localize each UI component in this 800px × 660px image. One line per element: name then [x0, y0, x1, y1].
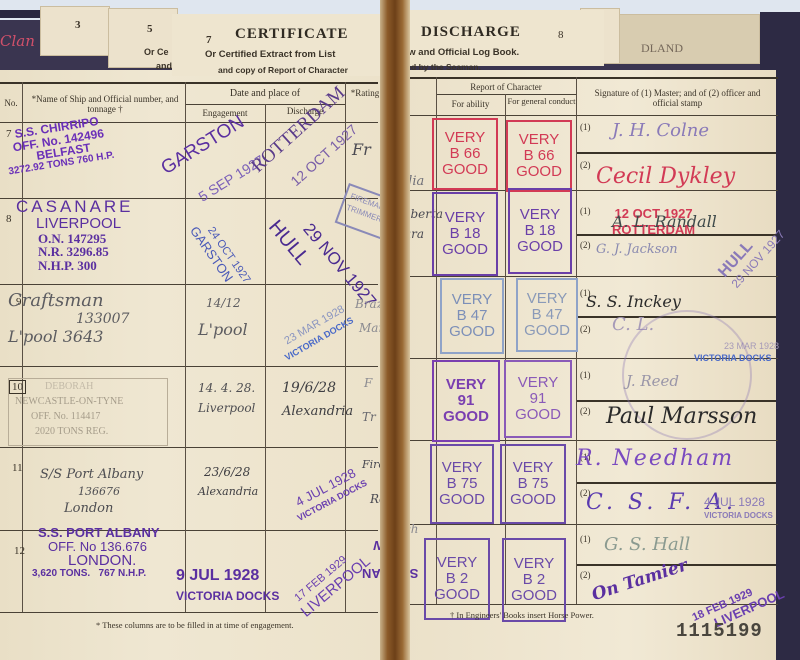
- signature-index: (2): [580, 324, 591, 334]
- footnote-right: † In Engineers' Books insert Horse Power…: [450, 610, 594, 620]
- stamp-very: VERY: [518, 375, 559, 391]
- stamp-good: GOOD: [442, 242, 488, 258]
- ship-handwritten-craftsman: Craftsman 133007 L'pool 3643: [8, 290, 129, 346]
- hand-line: L'pool 3643: [8, 327, 129, 346]
- rating-handwritten: Fr: [352, 140, 371, 159]
- footnote-left: * These columns are to be filled in at t…: [96, 620, 294, 630]
- conduct-stamp-row-7: VERY B 66 GOOD: [506, 120, 572, 192]
- tab-number-8: 8: [558, 29, 564, 41]
- hand-line: Craftsman: [8, 290, 129, 311]
- book-spine-binding: [380, 0, 410, 660]
- stamp-grade: B 75: [447, 476, 478, 492]
- stamp-good: GOOD: [443, 409, 489, 425]
- ability-stamp-row-9: VERY B 47 GOOD: [440, 278, 504, 354]
- stamp-good: GOOD: [442, 162, 488, 178]
- stamp-line: CASANARE: [16, 198, 134, 216]
- ship-stamp-deborah-faded: DEBORAH NEWCASTLE-ON-TYNE OFF. No. 11441…: [8, 378, 168, 446]
- serial-number: 1115199: [676, 620, 763, 642]
- row-divider: [406, 190, 778, 191]
- signature-index: (2): [580, 160, 591, 170]
- tab-number: 5: [147, 23, 153, 35]
- stamp-good: GOOD: [449, 324, 495, 340]
- ability-stamp-row-11: VERY B 75 GOOD: [430, 444, 494, 524]
- col-header-no: No.: [0, 98, 22, 108]
- stamp-line: LONDON.: [32, 553, 160, 569]
- row-number: 12: [14, 545, 25, 557]
- signature-master: A. L. Randall: [612, 212, 717, 231]
- stamp-grade: B 47: [457, 308, 488, 324]
- col-divider: [265, 104, 266, 612]
- stamp-very: VERY: [446, 377, 486, 393]
- behind-tab-text: DLAND: [641, 41, 683, 56]
- stamp-line: DEBORAH: [15, 379, 167, 394]
- hand-line: 14. 4. 28.: [198, 378, 255, 398]
- signature-officer: Cecil Dykley: [596, 164, 735, 189]
- stamp-line: 2020 TONS REG.: [15, 424, 167, 439]
- row-divider: [0, 447, 378, 448]
- stamp-very: VERY: [527, 291, 568, 307]
- signature-master: J. Reed: [626, 372, 679, 390]
- signature-officer: Paul Marsson: [606, 404, 757, 429]
- ability-stamp-row-8: VERY B 18 GOOD: [432, 192, 498, 276]
- stamp-good: GOOD: [516, 164, 562, 180]
- signature-index: (1): [580, 370, 591, 380]
- tab-number: 3: [75, 19, 81, 31]
- ship-stamp-casanare: CASANARE LIVERPOOL O.N. 147295 N.R. 3296…: [16, 198, 134, 273]
- stamp-line: NEWCASTLE-ON-TYNE: [15, 394, 167, 409]
- title-discharge: DISCHARGE: [421, 24, 521, 41]
- character-subheader-divider: [436, 94, 576, 95]
- stamp-very: VERY: [519, 132, 560, 148]
- signature-index: (2): [580, 240, 591, 250]
- stamp-line: VICTORIA DOCKS: [704, 509, 773, 522]
- col-header-rating: *Rating: [345, 88, 385, 98]
- stamp-very: VERY: [514, 556, 555, 572]
- col-header-report-of-character: Report of Character: [436, 82, 576, 92]
- stamp-grade: B 75: [518, 476, 549, 492]
- stamp-very: VERY: [520, 207, 561, 223]
- stamp-grade: B 2: [523, 572, 546, 588]
- stamp-good: GOOD: [510, 492, 556, 508]
- row-divider: [0, 366, 378, 367]
- stamp-grade: B 2: [446, 571, 469, 587]
- stamp-grade: 91: [458, 393, 475, 409]
- official-stamp-victoria-docks-jul: 4 JUL 1928 VICTORIA DOCKS: [704, 496, 773, 522]
- voyage-handwritten: Tr: [362, 410, 376, 424]
- subtitle-line-1-right: ew and Official Log Book.: [403, 47, 519, 58]
- col-header-engagement: Engagement: [185, 108, 265, 118]
- signature-index: (2): [580, 406, 591, 416]
- conduct-stamp-row-11: VERY B 75 GOOD: [500, 444, 566, 524]
- rating-handwritten: F: [364, 376, 372, 390]
- tab-text: Or Ce: [144, 47, 169, 57]
- hand-line: 133007: [8, 311, 129, 327]
- stamp-good: GOOD: [511, 588, 557, 604]
- ship-stamp-port-albany: S.S. PORT ALBANY OFF. No 136.676 LONDON.…: [32, 526, 160, 580]
- conduct-stamp-row-9: VERY B 47 GOOD: [516, 278, 578, 352]
- tab-page-5: 5 Or Ce and: [108, 8, 178, 68]
- stamp-very: VERY: [445, 130, 486, 146]
- hand-line: S/S Port Albany: [40, 466, 143, 483]
- stamp-line: N.R. 3296.85: [16, 245, 134, 259]
- signature-officer: G. J. Jackson: [596, 242, 678, 257]
- col-header-for-ability: For ability: [436, 99, 505, 109]
- stamp-grade: B 18: [525, 223, 556, 239]
- table-top-border: [0, 82, 378, 84]
- engagement-handwritten: 23/6/28 Alexandria: [198, 462, 258, 502]
- stamp-grade: B 66: [524, 148, 555, 164]
- hand-line: 23/6/28: [198, 462, 258, 482]
- row-divider: [0, 612, 378, 613]
- stamp-grade: 91: [530, 391, 547, 407]
- subtitle-line-2-right: red by the Seaman.: [403, 62, 481, 72]
- stamp-line: 9 JUL 1928: [176, 566, 279, 586]
- signature-master: S. S. Inckey: [586, 292, 681, 311]
- stamp-good: GOOD: [434, 587, 480, 603]
- hand-line: 14/12: [198, 296, 248, 310]
- stamp-line: 4 JUL 1928: [704, 496, 773, 509]
- hand-line: Liverpool: [198, 398, 255, 418]
- table-top-border: [406, 77, 778, 79]
- engagement-handwritten: 14/12 L'pool: [198, 296, 248, 339]
- behind-tab-handwriting: Clan: [0, 32, 35, 50]
- subtitle-line-1-left: Or Certified Extract from List: [205, 49, 335, 60]
- signature-index: (1): [580, 534, 591, 544]
- signature-divider: [576, 482, 776, 484]
- stamp-grade: B 47: [532, 307, 563, 323]
- subtitle-line-2-left: and copy of Report of Character: [218, 65, 348, 75]
- signature-divider: [576, 152, 776, 154]
- ability-stamp-row-12: VERY B 2 GOOD: [424, 538, 490, 620]
- ability-stamp-row-7: VERY B 66 GOOD: [432, 118, 498, 190]
- hand-line: L'pool: [198, 310, 248, 339]
- stamp-line: VICTORIA DOCKS: [176, 586, 279, 606]
- stamp-very: VERY: [442, 460, 483, 476]
- stamp-line: OFF. No. 114417: [15, 409, 167, 424]
- stamp-line: S.S. PORT ALBANY: [32, 526, 160, 540]
- hand-line: 19/6/28: [282, 376, 353, 400]
- conduct-stamp-row-8: VERY B 18 GOOD: [508, 188, 572, 274]
- hand-line: London: [40, 500, 143, 517]
- signature-index: (1): [580, 206, 591, 216]
- signature-index: (2): [580, 570, 591, 580]
- engagement-handwritten: 14. 4. 28. Liverpool: [198, 378, 255, 418]
- tab-page-3: 3: [40, 6, 110, 56]
- conduct-stamp-row-10: VERY 91 GOOD: [504, 360, 572, 438]
- row-number: 8: [6, 213, 12, 225]
- col-header-signature: Signature of (1) Master; and of (2) offi…: [585, 88, 770, 108]
- stamp-line: 3,620 TONS. 767 N.H.P.: [32, 569, 160, 580]
- row-number: 11: [12, 462, 23, 474]
- hand-line: Alexandria: [282, 400, 353, 424]
- stamp-line: LIVERPOOL: [16, 216, 134, 232]
- stamp-good: GOOD: [524, 323, 570, 339]
- discharge-handwritten: 19/6/28 Alexandria: [282, 376, 353, 424]
- stamp-line: OFF. No 136.676: [32, 540, 160, 554]
- ability-stamp-row-10: VERY 91 GOOD: [432, 360, 500, 442]
- tab-number-7: 7: [206, 34, 212, 46]
- stamp-grade: B 18: [450, 226, 481, 242]
- stamp-good: GOOD: [517, 239, 563, 255]
- engagement-stamp-victoria-docks: 9 JUL 1928 VICTORIA DOCKS: [176, 566, 279, 606]
- signature-master: J. H. Colne: [612, 120, 709, 141]
- stamp-very: VERY: [513, 460, 554, 476]
- stamp-line: N.H.P. 300: [16, 259, 134, 273]
- hand-line: Alexandria: [198, 482, 258, 502]
- title-certificate: CERTIFICATE: [235, 26, 349, 43]
- stamp-good: GOOD: [439, 492, 485, 508]
- col-header-ship: *Name of Ship and Official number, and t…: [30, 94, 180, 114]
- stamp-grade: B 66: [450, 146, 481, 162]
- hand-line: 136676: [40, 483, 143, 500]
- tab-right-back: DLAND: [600, 14, 760, 64]
- header-divider: [406, 115, 778, 116]
- stamp-line: O.N. 147295: [16, 232, 134, 246]
- stamp-very: VERY: [452, 292, 493, 308]
- col-divider: [345, 82, 346, 612]
- row-divider: [406, 524, 778, 525]
- stamp-very: VERY: [445, 210, 486, 226]
- signature-index: (1): [580, 122, 591, 132]
- signature-master: G. S. Hall: [604, 534, 690, 555]
- stamp-very: VERY: [437, 555, 478, 571]
- ship-handwritten-port-albany: S/S Port Albany 136676 London: [40, 466, 143, 517]
- col-header-for-conduct: For general conduct: [507, 96, 576, 106]
- signature-master: R. Needham: [576, 446, 734, 471]
- stamp-good: GOOD: [515, 407, 561, 423]
